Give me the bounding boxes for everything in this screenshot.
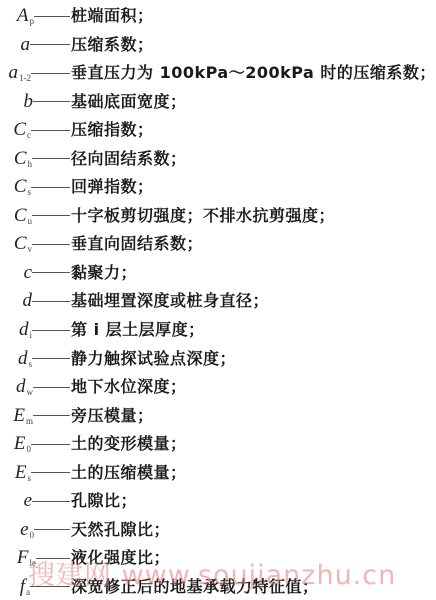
symbol-subscript: s (27, 187, 31, 197)
symbol-base: b (24, 91, 34, 112)
symbol-base: a (9, 62, 19, 83)
definition-text: 黏聚力； (71, 259, 137, 288)
definition-text: 静力触探试验点深度； (71, 345, 236, 374)
definition-text: 第 i 层土层厚度； (71, 316, 205, 345)
em-dash-separator (32, 244, 70, 245)
symbol-base: c (24, 262, 32, 283)
definition-row: a压缩系数； (0, 31, 436, 60)
definition-text: 土的压缩模量； (71, 459, 187, 488)
em-dash-separator (32, 358, 70, 359)
em-dash-separator (33, 415, 70, 416)
em-dash-separator (32, 272, 70, 273)
definition-row: dw地下水位深度； (0, 373, 436, 402)
definition-row: Cs回弹指数； (0, 173, 436, 202)
symbol: e (24, 487, 32, 516)
definition-text: 液化强度比； (71, 544, 170, 573)
definition-row: Ap桩端面积； (0, 2, 436, 31)
em-dash-separator (32, 215, 70, 216)
em-dash-separator (34, 529, 70, 530)
symbol-base: C (14, 205, 27, 226)
symbol-base: d (18, 348, 28, 369)
definition-text: 回弹指数； (71, 173, 154, 202)
symbol-subscript: v (28, 244, 33, 254)
definition-text: 基础底面宽度； (71, 88, 187, 117)
definition-text: 深宽修正后的地基承载力特征值； (71, 573, 319, 600)
definition-text: 天然孔隙比； (71, 516, 170, 545)
em-dash-separator (30, 586, 70, 587)
symbol: d (23, 287, 33, 316)
definition-text: 旁压模量； (71, 402, 154, 431)
em-dash-separator (33, 387, 70, 388)
definition-row: fa深宽修正后的地基承载力特征值； (0, 573, 436, 600)
em-dash-separator (32, 301, 70, 302)
definition-row: b基础底面宽度； (0, 88, 436, 117)
definition-row: Es土的压缩模量； (0, 459, 436, 488)
symbol-subscript: w (27, 387, 34, 397)
symbol-base: C (14, 176, 27, 197)
definition-text: 孔隙比； (71, 487, 137, 516)
symbol-base: e (24, 490, 32, 511)
definition-text: 桩端面积； (71, 2, 154, 31)
symbol-definition-list: Ap桩端面积；a压缩系数；a1-2垂直压力为 100kPa～200kPa 时的压… (0, 2, 436, 600)
definition-text: 压缩系数； (71, 31, 154, 60)
definition-row: Fle液化强度比； (0, 544, 436, 573)
em-dash-separator (31, 187, 70, 188)
symbol-subscript: c (27, 130, 31, 140)
symbol-subscript: u (28, 216, 33, 226)
symbol-subscript: h (28, 159, 33, 169)
symbol-subscript: 0 (27, 444, 32, 454)
symbol-base: f (20, 576, 25, 597)
definition-text: 十字板剪切强度；不排水抗剪强度； (71, 202, 335, 231)
definition-row: Em旁压模量； (0, 402, 436, 431)
definition-row: a1-2垂直压力为 100kPa～200kPa 时的压缩系数； (0, 59, 436, 88)
em-dash-separator (31, 73, 70, 74)
symbol-base: A (17, 5, 29, 26)
definition-text: 垂直向固结系数； (71, 230, 203, 259)
definition-row: Ch径向固结系数； (0, 145, 436, 174)
definition-row: e孔隙比； (0, 487, 436, 516)
em-dash-separator (30, 44, 70, 45)
symbol-base: d (16, 376, 26, 397)
symbol-subscript: a (26, 587, 30, 597)
symbol-subscript: 1-2 (19, 73, 31, 83)
symbol-base: E (14, 433, 26, 454)
definition-row: Cu十字板剪切强度；不排水抗剪强度； (0, 202, 436, 231)
symbol: b (24, 88, 34, 117)
definition-row: ds静力触探试验点深度； (0, 345, 436, 374)
em-dash-separator (32, 158, 70, 159)
symbol-subscript: m (26, 416, 33, 426)
symbol-subscript: p (30, 16, 35, 26)
em-dash-separator (31, 130, 70, 131)
definition-text: 地下水位深度； (71, 373, 187, 402)
symbol: fa (20, 573, 30, 600)
symbol-subscript: s (28, 359, 32, 369)
definition-row: c黏聚力； (0, 259, 436, 288)
symbol-base: F (17, 547, 29, 568)
definition-row: e0天然孔隙比； (0, 516, 436, 545)
definition-text: 土的变形模量； (71, 430, 187, 459)
symbol-base: E (15, 462, 27, 483)
symbol-base: a (21, 34, 31, 55)
symbol-base: e (20, 519, 28, 540)
em-dash-separator (34, 16, 70, 17)
em-dash-separator (31, 472, 70, 473)
definition-row: di第 i 层土层厚度； (0, 316, 436, 345)
em-dash-separator (31, 444, 70, 445)
em-dash-separator (36, 558, 70, 559)
definition-row: Cc压缩指数； (0, 116, 436, 145)
symbol-subscript: le (30, 558, 37, 568)
definition-row: Cv垂直向固结系数； (0, 230, 436, 259)
symbol-base: d (23, 290, 33, 311)
symbol-base: C (14, 148, 27, 169)
em-dash-separator (33, 101, 70, 102)
symbol-base: d (19, 319, 29, 340)
definition-text: 基础埋置深度或桩身直径； (71, 287, 269, 316)
symbol-subscript: i (29, 330, 32, 340)
em-dash-separator (32, 501, 70, 502)
definition-row: d基础埋置深度或桩身直径； (0, 287, 436, 316)
symbol: c (24, 259, 32, 288)
symbol-base: C (14, 233, 27, 254)
em-dash-separator (32, 330, 70, 331)
definition-text: 压缩指数； (71, 116, 154, 145)
symbol-subscript: s (27, 473, 31, 483)
symbol: a (21, 31, 31, 60)
symbol-base: C (13, 119, 26, 140)
definition-row: E0土的变形模量； (0, 430, 436, 459)
symbol-base: E (13, 405, 25, 426)
definition-text: 垂直压力为 100kPa～200kPa 时的压缩系数； (71, 59, 436, 88)
symbol-subscript: 0 (30, 530, 35, 540)
definition-text: 径向固结系数； (71, 145, 187, 174)
